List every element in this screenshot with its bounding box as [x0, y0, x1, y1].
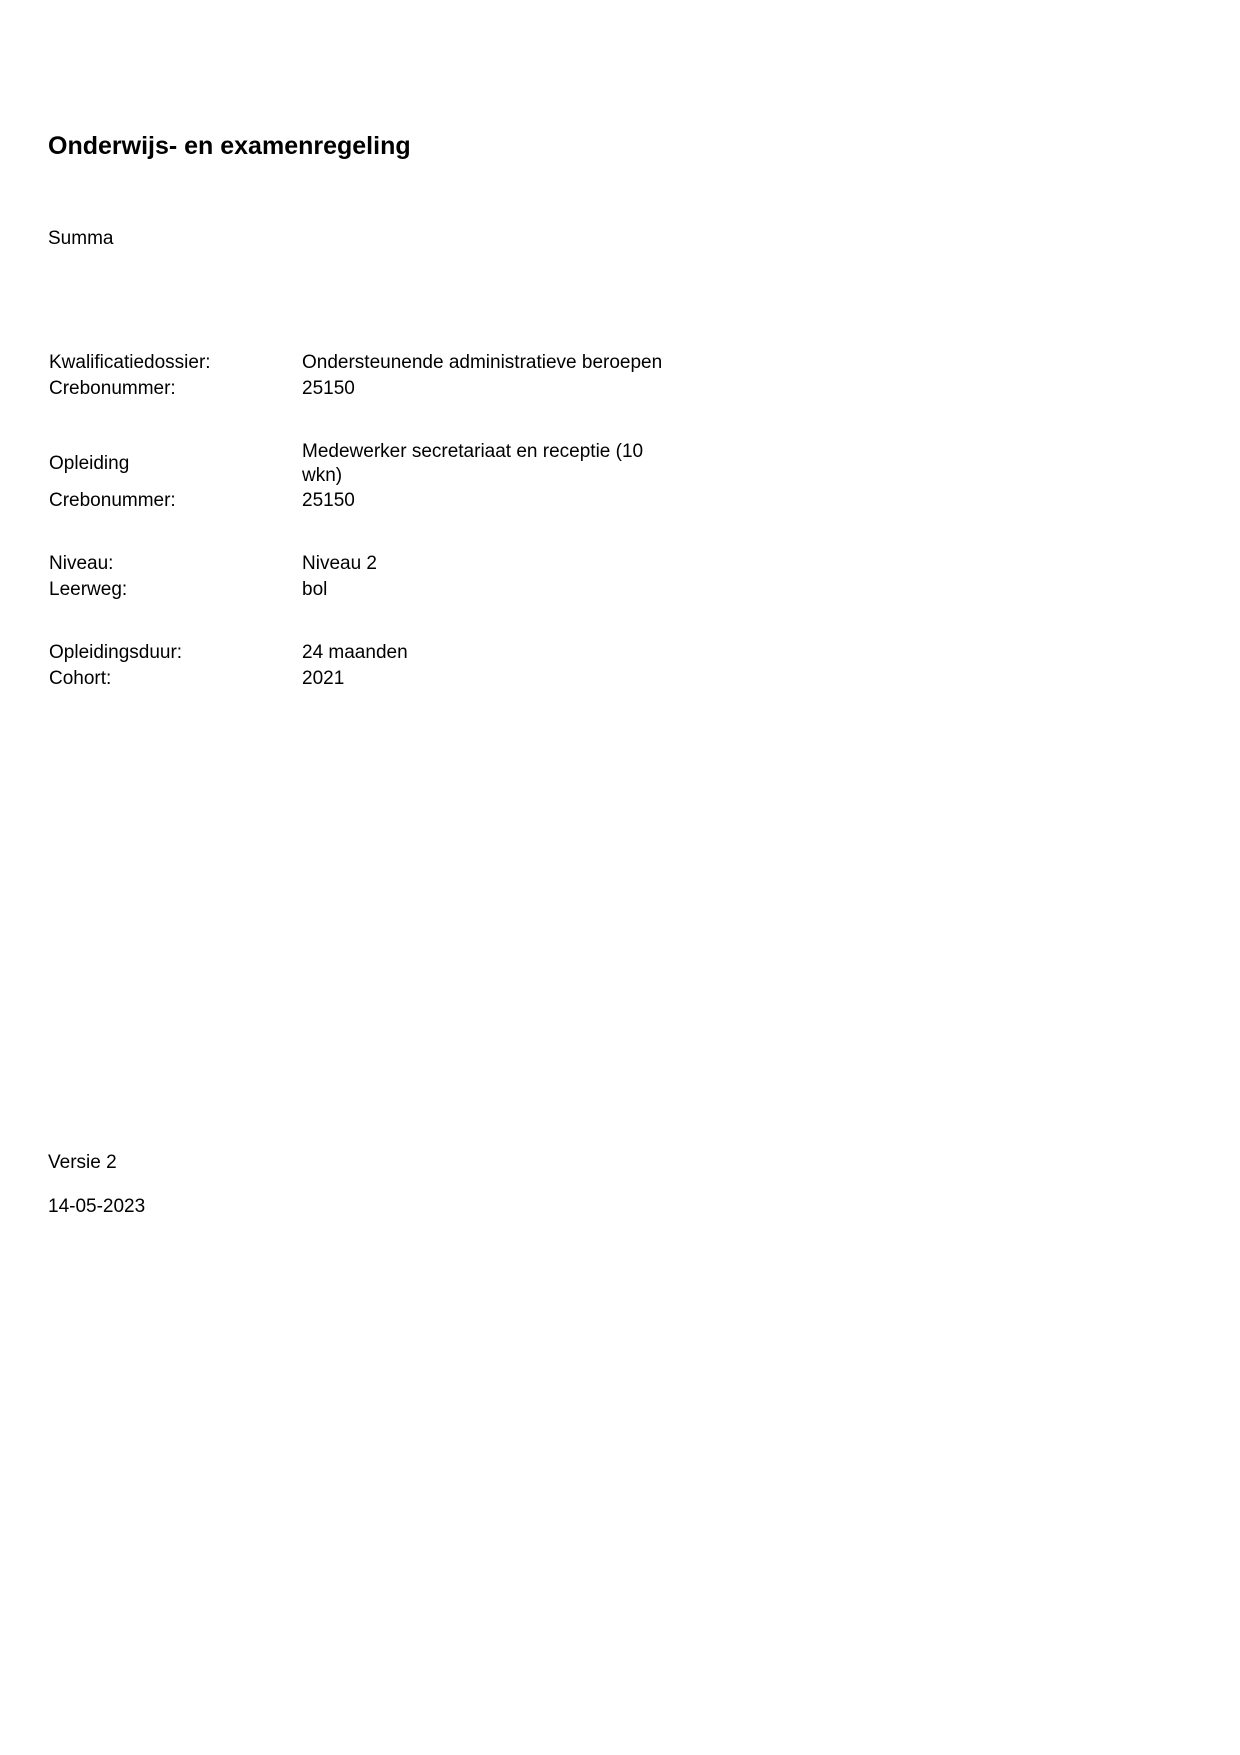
document-version: Versie 2	[48, 1151, 117, 1175]
detail-label: Opleiding	[49, 452, 129, 476]
detail-value: Ondersteunende administratieve beroepen	[302, 351, 702, 375]
detail-value: 24 maanden	[302, 641, 702, 665]
detail-value: 2021	[302, 667, 702, 691]
detail-label: Leerweg:	[49, 578, 127, 602]
detail-value: Niveau 2	[302, 552, 702, 576]
detail-label: Crebonummer:	[49, 377, 176, 401]
detail-value: bol	[302, 578, 702, 602]
detail-label: Niveau:	[49, 552, 113, 576]
institution-name: Summa	[48, 227, 113, 251]
document-date: 14-05-2023	[48, 1195, 145, 1219]
detail-label: Cohort:	[49, 667, 111, 691]
detail-value: 25150	[302, 377, 702, 401]
detail-label: Opleidingsduur:	[49, 641, 182, 665]
detail-label: Kwalificatiedossier:	[49, 351, 211, 375]
detail-value: Medewerker secretariaat en receptie (10 …	[302, 440, 672, 488]
document-title: Onderwijs- en examenregeling	[48, 131, 411, 161]
detail-label: Crebonummer:	[49, 489, 176, 513]
detail-value: 25150	[302, 489, 702, 513]
